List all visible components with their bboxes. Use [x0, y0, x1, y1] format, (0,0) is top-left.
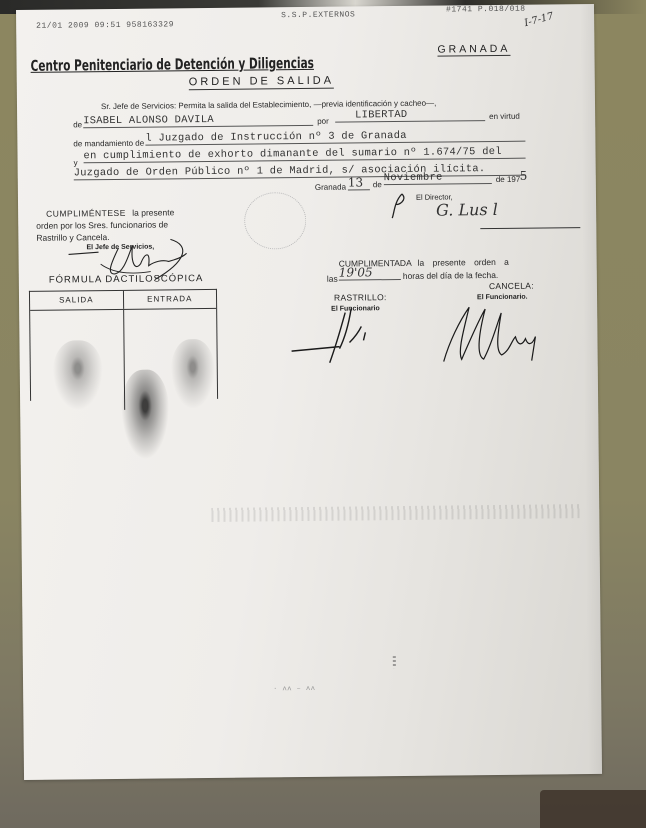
footer-mark: · ᴧᴧ – ᴧᴧ	[273, 685, 315, 693]
handwritten-note: I-7-17	[523, 11, 555, 29]
por-label: por	[317, 117, 329, 126]
cumplimentese-line-2: orden por los Sres. funcionarios de	[36, 219, 168, 230]
fingerprint-title: FÓRMULA DACTILOSCÓPICA	[49, 273, 204, 286]
year-digit: 5	[520, 169, 528, 183]
director-initial-mark	[390, 192, 410, 222]
time-field: 19'05	[339, 265, 401, 281]
y-label: y	[74, 158, 78, 167]
institution-city: GRANADA	[437, 43, 510, 57]
fingerprint-column-entrada: ENTRADA	[123, 290, 216, 309]
de-label-2: de	[373, 180, 382, 189]
fingerprint-table-header: SALIDA ENTRADA	[30, 290, 216, 311]
institution-name: Centro Penitenciario de Detención y Dili…	[30, 54, 314, 75]
document-title: ORDEN DE SALIDA	[189, 75, 334, 91]
scan-noise-mark	[393, 656, 396, 668]
cumplimentada-text-2: horas del día de la fecha.	[403, 270, 499, 281]
fingerprint-salida-left	[52, 340, 103, 411]
las-label: las	[327, 274, 338, 284]
mandamiento-field: l Juzgado de Instrucción nº 3 de Granada	[145, 129, 525, 146]
document-page: 21/01 2009 09:51 958163329 S.S.P.EXTERNO…	[16, 4, 602, 780]
cumplimentese-text-1: la presente	[132, 207, 174, 217]
cancela-heading: CANCELA:	[489, 281, 534, 291]
director-signature: G. Lus l	[436, 200, 498, 220]
cancela-signature	[439, 300, 550, 371]
cumplimentese-line-1: CUMPLIMÉNTESE la presente	[46, 207, 174, 218]
fingerprint-table: SALIDA ENTRADA	[29, 289, 218, 401]
fax-department: S.S.P.EXTERNOS	[281, 10, 355, 20]
fingerprint-column-salida: SALIDA	[30, 291, 124, 310]
fax-datetime: 21/01 2009 09:51 958163329	[36, 20, 174, 30]
year-label: de 197	[496, 175, 521, 184]
place-label: Granada	[315, 183, 346, 192]
fax-page-ref: #1741 P.018/018	[446, 5, 526, 15]
page-edge-shadow	[580, 4, 602, 774]
person-name-field: ISABEL ALONSO DAVILA	[83, 113, 313, 128]
fingerprint-table-body	[30, 309, 217, 401]
fingerprint-thumb-center	[121, 369, 170, 459]
month-field: Noviembre	[384, 171, 492, 185]
reason-field: LIBERTAD	[335, 108, 485, 123]
order-line-3: en cumplimiento de exhorto dimanante del…	[83, 146, 525, 164]
fingerprint-entrada-right	[170, 339, 215, 409]
background-object	[540, 790, 646, 828]
cumplimentada-text-1: la presente orden a	[418, 257, 509, 268]
cumplimentese-heading: CUMPLIMÉNTESE	[46, 208, 126, 219]
director-signature-line	[480, 227, 580, 229]
day-field: 13	[348, 175, 370, 190]
en-virtud-label: en virtud	[489, 112, 520, 121]
official-stamp	[244, 192, 307, 250]
rastrillo-signature	[289, 306, 390, 367]
de-label: de	[73, 120, 82, 129]
rastrillo-heading: RASTRILLO:	[334, 292, 387, 303]
mandamiento-label: de mandamiento de	[73, 139, 144, 149]
scan-noise-band	[211, 504, 581, 522]
